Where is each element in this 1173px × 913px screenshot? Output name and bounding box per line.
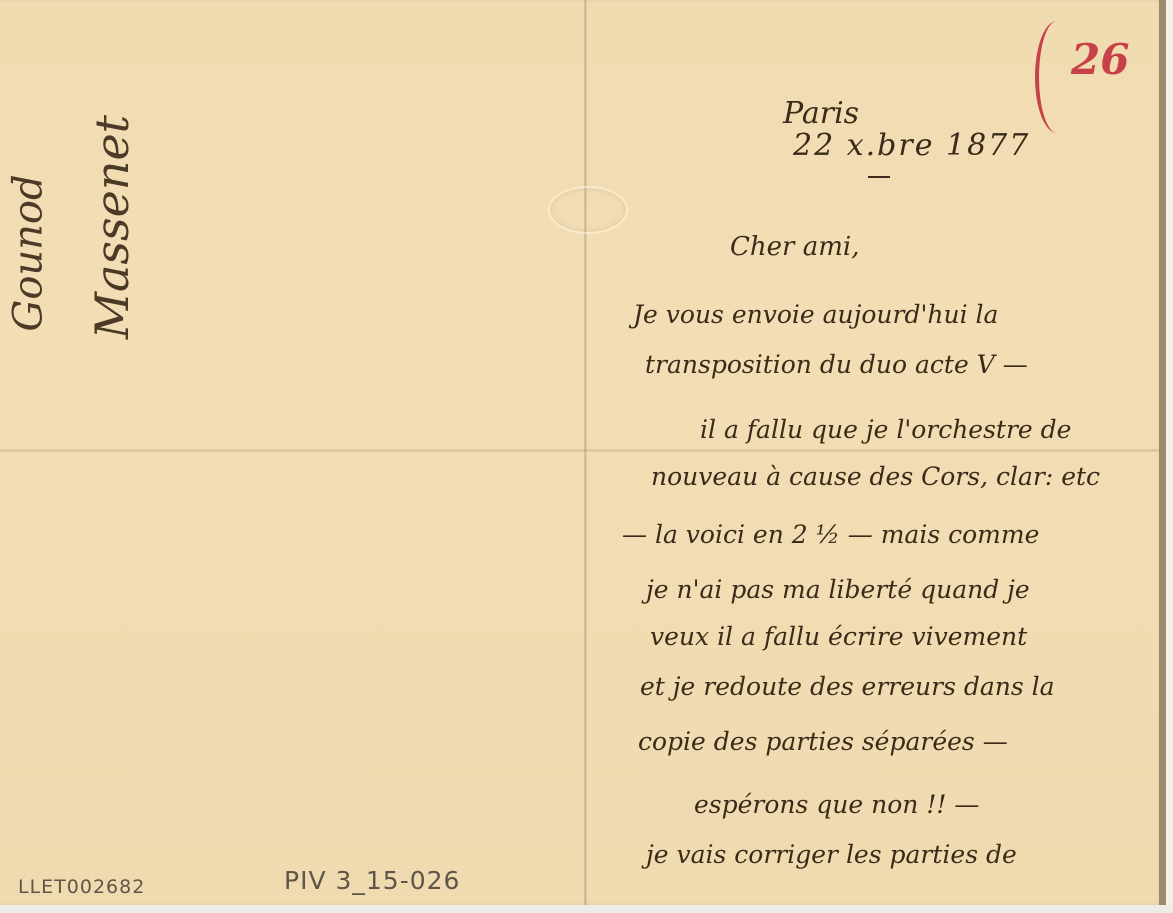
body-line: et je redoute des erreurs dans la — [640, 672, 1055, 701]
letter-date: 22 x.bre 1877 — [793, 128, 1030, 163]
body-line: nouveau à cause des Cors, clar: etc — [651, 462, 1100, 491]
body-line: — la voici en 2 ½ — mais comme — [622, 520, 1039, 549]
salutation: Cher ami, — [730, 232, 859, 262]
date-underline — [868, 176, 890, 178]
body-line: je vais corriger les parties de — [646, 840, 1017, 869]
scan-border — [0, 905, 1173, 913]
rotated-margin-note: Gounod Massenet — [30, 30, 230, 390]
archive-number: 26 — [1071, 35, 1129, 84]
embossed-stamp — [548, 186, 628, 234]
body-line: espérons que non !! — — [694, 790, 979, 819]
vertical-fold-line — [584, 0, 587, 905]
margin-note-line-2: Massenet — [85, 115, 139, 339]
reference-annotation: PIV 3_15-026 — [284, 866, 460, 895]
body-line: il a fallu que je l'orchestre de — [700, 415, 1071, 444]
letter-sheet: Gounod Massenet 26 Paris 22 x.bre 1877 C… — [0, 0, 1166, 905]
body-line: veux il a fallu écrire vivement — [650, 622, 1027, 651]
body-line: Je vous envoie aujourd'hui la — [633, 300, 998, 329]
body-line: je n'ai pas ma liberté quand je — [646, 575, 1030, 604]
body-line: transposition du duo acte V — — [645, 350, 1028, 379]
margin-note-line-1: Gounod — [6, 174, 52, 331]
archive-number-mark: 26 — [1035, 15, 1145, 135]
horizontal-fold-line — [0, 449, 1166, 452]
shelfmark-annotation: LLET002682 — [18, 876, 145, 898]
page-edge — [1159, 0, 1166, 905]
body-line: copie des parties séparées — — [638, 727, 1008, 756]
letter-place: Paris — [783, 96, 859, 131]
